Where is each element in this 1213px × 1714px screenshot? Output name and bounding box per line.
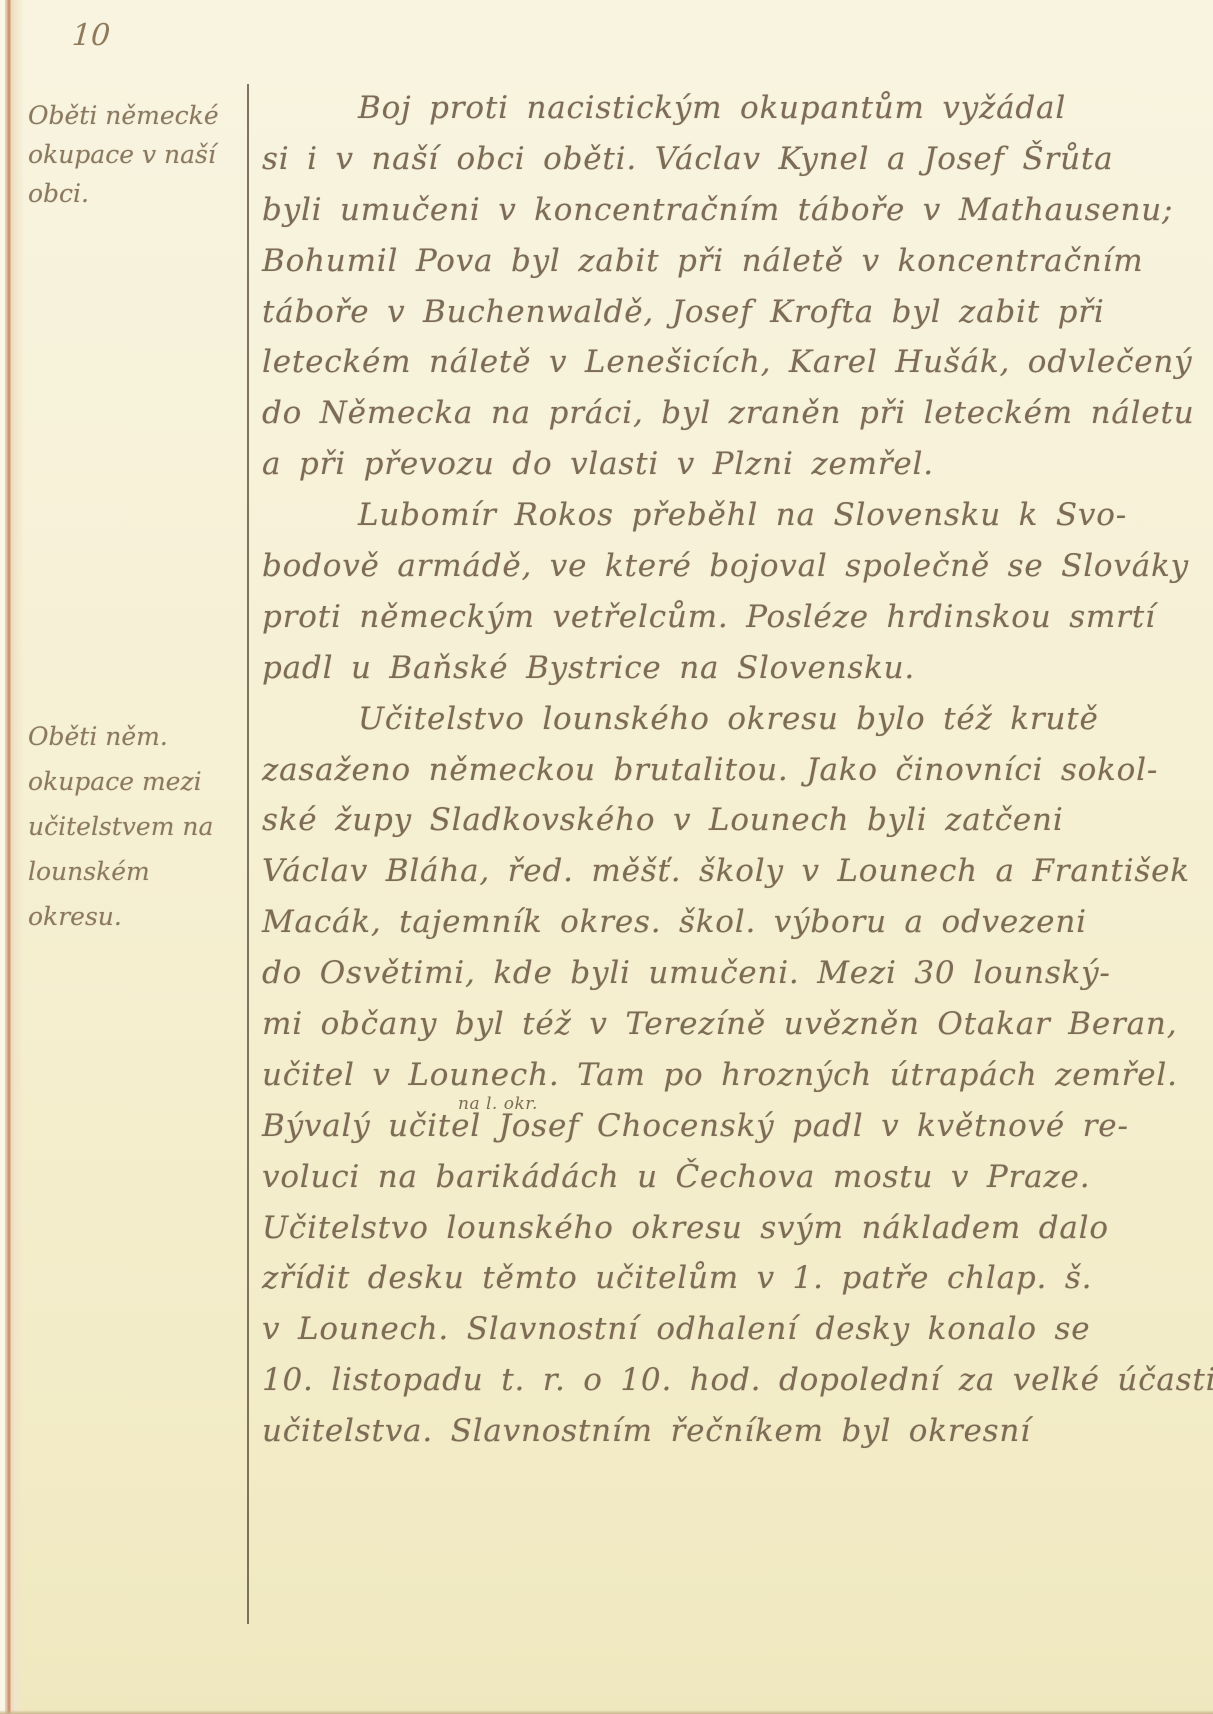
text-line: zřídit desku těmto učitelům v 1. patře c… bbox=[262, 1260, 1192, 1311]
text-line: Učitelstvo lounského okresu bylo též kru… bbox=[262, 701, 1192, 752]
main-handwritten-text: Boj proti nacistickým okupantům vyžádal … bbox=[262, 90, 1192, 1464]
page-bottom-edge bbox=[0, 1710, 1213, 1714]
text-line: bodově armádě, ve které bojoval společně… bbox=[262, 548, 1192, 599]
text-line: táboře v Buchenwaldě, Josef Krofta byl z… bbox=[262, 294, 1192, 345]
text-line: zasaženo německou brutalitou. Jako činov… bbox=[262, 752, 1192, 803]
text-line: padl u Baňské Bystrice na Slovensku. bbox=[262, 650, 1192, 701]
interline-insertion-note: na l. okr. bbox=[458, 1094, 538, 1114]
text-line: Učitelstvo lounského okresu svým náklade… bbox=[262, 1210, 1192, 1261]
text-line: učitel v Lounech. Tam po hrozných útrapá… bbox=[262, 1057, 1192, 1108]
margin-note-line: učitelstvem na bbox=[28, 804, 240, 849]
text-line: a při převozu do vlasti v Plzni zemřel. bbox=[262, 446, 1192, 497]
margin-note-line: Oběti německé bbox=[28, 96, 240, 135]
text-line: ské župy Sladkovského v Lounech byli zat… bbox=[262, 802, 1192, 853]
text-line: mi občany byl též v Terezíně uvězněn Ota… bbox=[262, 1006, 1192, 1057]
text-line: Boj proti nacistickým okupantům vyžádal bbox=[262, 90, 1192, 141]
text-line: voluci na barikádách u Čechova mostu v P… bbox=[262, 1159, 1192, 1210]
text-line: Lubomír Rokos přeběhl na Slovensku k Svo… bbox=[262, 497, 1192, 548]
margin-note-line: lounském okresu. bbox=[28, 849, 240, 939]
text-line: leteckém náletě v Lenešicích, Karel Hušá… bbox=[262, 344, 1192, 395]
text-line: Bývalý učitel Josef Chocenský padl v kvě… bbox=[262, 1108, 1192, 1159]
margin-note-line: okupace v naší bbox=[28, 135, 240, 174]
text-line: Macák, tajemník okres. škol. výboru a od… bbox=[262, 904, 1192, 955]
text-line: Václav Bláha, řed. měšť. školy v Lounech… bbox=[262, 853, 1192, 904]
margin-note-line: obci. bbox=[28, 174, 240, 213]
margin-rule-line bbox=[247, 84, 249, 1624]
margin-note-victims-teachers: Oběti něm. okupace mezi učitelstvem na l… bbox=[28, 714, 240, 939]
book-binding-edge bbox=[0, 0, 24, 1714]
text-line: do Osvětimi, kde byli umučeni. Mezi 30 l… bbox=[262, 955, 1192, 1006]
text-line: do Německa na práci, byl zraněn při lete… bbox=[262, 395, 1192, 446]
chronicle-page: 10 Oběti německé okupace v naší obci. Ob… bbox=[0, 0, 1213, 1714]
text-line: byli umučeni v koncentračním táboře v Ma… bbox=[262, 192, 1192, 243]
margin-note-line: Oběti něm. bbox=[28, 714, 240, 759]
text-line: si i v naší obci oběti. Václav Kynel a J… bbox=[262, 141, 1192, 192]
text-line: Bohumil Pova byl zabit při náletě v konc… bbox=[262, 243, 1192, 294]
page-number: 10 bbox=[71, 18, 112, 53]
text-line: učitelstva. Slavnostním řečníkem byl okr… bbox=[262, 1413, 1192, 1464]
margin-note-victims-occupation: Oběti německé okupace v naší obci. bbox=[28, 96, 240, 213]
text-line: 10. listopadu t. r. o 10. hod. dopolední… bbox=[262, 1362, 1192, 1413]
text-line: proti německým vetřelcům. Posléze hrdins… bbox=[262, 599, 1192, 650]
margin-note-line: okupace mezi bbox=[28, 759, 240, 804]
text-line: v Lounech. Slavnostní odhalení desky kon… bbox=[262, 1311, 1192, 1362]
